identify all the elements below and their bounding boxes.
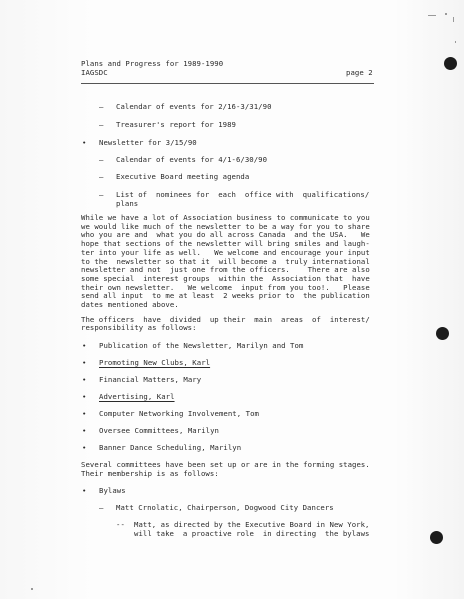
list-marker-dash: – bbox=[99, 504, 103, 513]
scan-artifact bbox=[453, 17, 454, 22]
list-item: Executive Board meeting agenda bbox=[116, 173, 249, 182]
list-item: Calendar of events for 2/16-3/31/90 bbox=[116, 103, 272, 112]
punch-hole-icon bbox=[430, 531, 443, 544]
responsibility-item: Publication of the Newsletter, Marilyn a… bbox=[99, 342, 303, 351]
committee-member: Matt Crnolatic, Chairperson, Dogwood Cit… bbox=[116, 504, 334, 513]
list-item-continuation: plans bbox=[116, 200, 138, 209]
bullet-icon: • bbox=[82, 359, 86, 368]
paragraph-line: Their membership is as follows: bbox=[81, 470, 219, 479]
bullet-icon: • bbox=[82, 342, 86, 351]
organization-name: IAGSDC bbox=[81, 69, 108, 78]
list-marker-dash: – bbox=[99, 121, 103, 130]
bullet-icon: • bbox=[82, 427, 86, 436]
list-marker-dash: – bbox=[99, 156, 103, 165]
list-item: Newsletter for 3/15/90 bbox=[99, 139, 197, 148]
bullet-icon: • bbox=[82, 393, 86, 402]
responsibility-item: Financial Matters, Mary bbox=[99, 376, 201, 385]
bullet-icon: • bbox=[82, 410, 86, 419]
punch-hole-icon bbox=[444, 57, 457, 70]
list-marker-dash: – bbox=[99, 191, 103, 200]
bullet-icon: • bbox=[82, 139, 86, 148]
punch-hole-icon bbox=[436, 327, 449, 340]
list-marker-dash: – bbox=[99, 103, 103, 112]
responsibility-item: Computer Networking Involvement, Tom bbox=[99, 410, 259, 419]
list-item: Treasurer's report for 1989 bbox=[116, 121, 236, 130]
bullet-icon: • bbox=[82, 376, 86, 385]
scan-artifact bbox=[31, 588, 33, 590]
header-rule bbox=[81, 83, 374, 84]
list-marker-double-dash: -- bbox=[116, 521, 125, 530]
scan-artifact bbox=[445, 13, 447, 15]
responsibility-item: Banner Dance Scheduling, Marilyn bbox=[99, 444, 241, 453]
list-item: Calendar of events for 4/1-6/30/90 bbox=[116, 156, 267, 165]
responsibility-item-underlined: Promoting New Clubs, Karl bbox=[99, 359, 210, 368]
responsibility-item-underlined: Advertising, Karl bbox=[99, 393, 175, 402]
page-number: page 2 bbox=[346, 69, 373, 78]
paragraph-line: dates mentioned above. bbox=[81, 301, 179, 310]
committee-name: Bylaws bbox=[99, 487, 126, 496]
paragraph-line: responsibility as follows: bbox=[81, 324, 197, 333]
list-item: List of nominees for each office with qu… bbox=[116, 191, 369, 200]
responsibility-item: Oversee Committees, Marilyn bbox=[99, 427, 219, 436]
scan-artifact bbox=[428, 15, 436, 16]
scan-artifact bbox=[455, 41, 456, 43]
bullet-icon: • bbox=[82, 487, 86, 496]
bullet-icon: • bbox=[82, 444, 86, 453]
list-marker-dash: – bbox=[99, 173, 103, 182]
committee-note-line: will take a proactive role in directing … bbox=[134, 530, 369, 539]
